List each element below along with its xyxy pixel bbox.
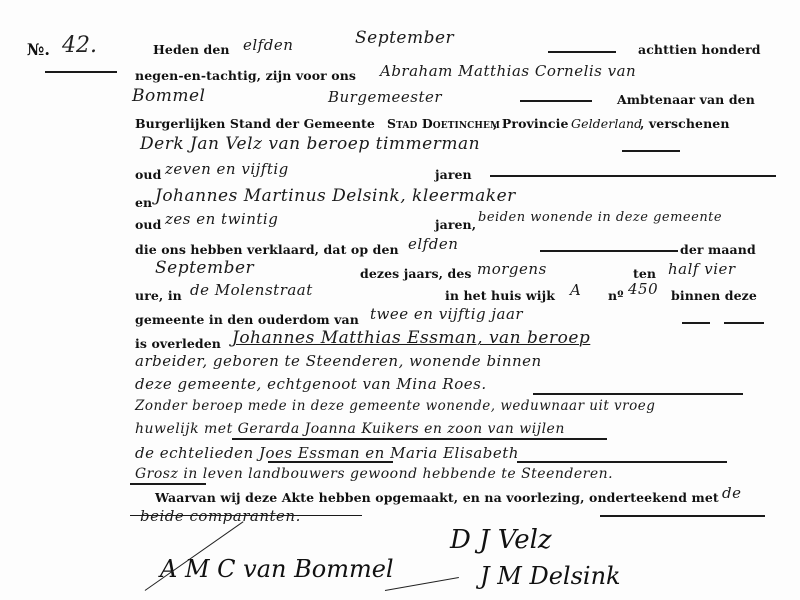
record-number-underline	[45, 71, 117, 73]
print-waarvan: Waarvan wij deze Akte hebben opgemaakt, …	[155, 490, 719, 505]
hand-witness-2-age: zes en twintig	[165, 210, 278, 228]
print-dezes-jaars: dezes jaars, des	[360, 266, 472, 281]
print-ouderdom: gemeente in den ouderdom van	[135, 312, 359, 327]
print-verklaard: die ons hebben verklaard, dat op den	[135, 242, 399, 257]
fill-line	[520, 100, 592, 102]
hand-wijk: A	[570, 281, 581, 299]
fill-line	[622, 150, 680, 152]
mother-underline	[517, 461, 727, 463]
hand-residence-note: Zonder beroep mede in deze gemeente wone…	[135, 398, 655, 414]
print-is-overleden: is overleden	[135, 336, 221, 351]
print-no: nº	[608, 288, 624, 303]
print-oud: oud	[135, 217, 161, 232]
hand-official-name: Abraham Matthias Cornelis van	[380, 62, 636, 80]
print-verschenen: , verschenen	[640, 116, 730, 131]
print-city: Stad Doetinchem	[387, 116, 500, 131]
hand-time-of-day: morgens	[477, 260, 547, 278]
fill-line	[724, 322, 764, 324]
fill-line	[540, 250, 678, 252]
print-jaren: jaren	[435, 167, 472, 182]
spouse-underline	[533, 393, 743, 395]
hand-de: de	[722, 484, 741, 502]
print-en: en	[135, 195, 152, 210]
print-binnen-deze: binnen deze	[671, 288, 757, 303]
print-in-het-huis-wijk: in het huis wijk	[445, 288, 555, 303]
hand-witness-2: Johannes Martinus Delsink, kleermaker	[155, 186, 516, 206]
print-negen-en-tachtig: negen-en-tachtig, zijn voor ons	[135, 68, 356, 83]
hand-official-surname: Bommel	[132, 86, 205, 106]
hand-house-number: 450	[628, 280, 658, 298]
hand-age-deceased: twee en vijftig jaar	[370, 305, 523, 323]
signature-witness-2: J M Delsink	[480, 562, 621, 590]
grosz-underline	[130, 483, 206, 485]
hand-previous-marriage: huwelijk met Gerarda Joanna Kuikers en z…	[135, 421, 565, 437]
hand-parents-residence: Grosz in leven landbouwers gewoond hebbe…	[135, 466, 613, 482]
print-province-name: Gelderland	[571, 116, 642, 131]
fill-line	[490, 175, 776, 177]
hand-day: elfden	[243, 36, 293, 54]
death-record-page: №. 42. Heden den elfden September achtti…	[0, 0, 800, 600]
prev-spouse-underline	[232, 438, 607, 440]
print-heden-den: Heden den	[153, 42, 230, 57]
hand-official-title: Burgemeester	[328, 88, 442, 106]
hand-month: September	[355, 28, 454, 48]
hand-deceased-name: Johannes Matthias Essman, van beroep	[232, 328, 590, 348]
fill-line	[548, 51, 616, 53]
fill-line	[682, 322, 710, 324]
signature-flourish	[385, 577, 459, 591]
hand-residence: beiden wonende in deze gemeente	[478, 210, 722, 225]
hand-parents: de echtelieden Joes Essman en Maria Elis…	[135, 444, 519, 462]
record-number-label: №.	[27, 40, 50, 59]
print-der-maand: der maand	[680, 242, 756, 257]
print-achttien-honderd: achttien honderd	[638, 42, 761, 57]
signature-witness-1: D J Velz	[450, 525, 552, 555]
hand-death-day: elfden	[408, 235, 458, 253]
print-ten: ten	[633, 266, 656, 281]
hand-street: de Molenstraat	[190, 281, 313, 299]
print-ure-in: ure, in	[135, 288, 182, 303]
hand-witness-1: Derk Jan Velz van beroep timmerman	[140, 134, 480, 154]
fill-line	[600, 515, 765, 517]
print-provincie: , Provincie	[493, 116, 569, 131]
signature-official: A M C van Bommel	[160, 555, 394, 583]
print-oud: oud	[135, 167, 161, 182]
hand-occupation-birthplace: arbeider, geboren te Steenderen, wonende…	[135, 352, 542, 370]
hand-witness-1-age: zeven en vijftig	[165, 160, 289, 178]
print-ambtenaar: Ambtenaar van den	[617, 92, 755, 107]
hand-beide-comparanten: beide comparanten.	[140, 507, 301, 525]
hand-spouse: deze gemeente, echtgenoot van Mina Roes.	[135, 375, 487, 393]
hand-death-month: September	[155, 258, 254, 278]
print-burgerlijken-stand: Burgerlijken Stand der Gemeente	[135, 116, 375, 131]
hand-hour: half vier	[668, 260, 736, 278]
record-number-value: 42.	[62, 33, 97, 58]
strike-line	[130, 515, 362, 516]
father-underline	[268, 461, 393, 463]
print-jaren: jaren,	[435, 217, 476, 232]
